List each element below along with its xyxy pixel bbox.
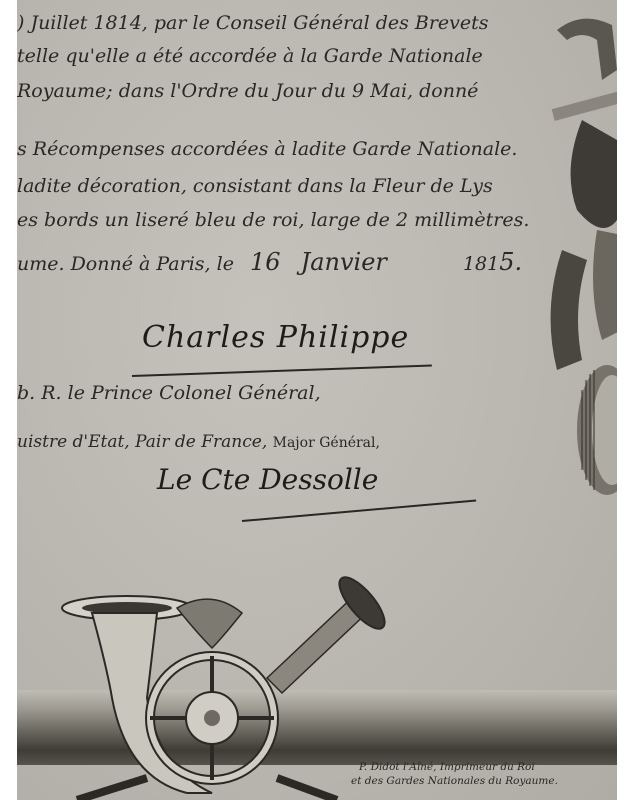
printer-imprint: P. Didot l'Aîné, Imprimeur du Roi et des… [359,760,558,788]
minister-text: uistre d'Etat, Pair de France, [17,432,267,452]
signature-flourish [242,500,476,522]
drum-and-sabre-trophy [542,10,617,530]
certificate-paper: ) Juillet 1814, par le Conseil Général d… [17,0,617,800]
imprint-line-2: et des Gardes Nationales du Royaume. [351,774,558,788]
horn-and-trumpet-trophy [37,568,397,800]
date-year-prefix: 181 [463,253,499,275]
date-line: ume. Donné à Paris, le 16 Janvier 1815. [17,248,522,276]
text-line-4: s Récompenses accordées à ladite Garde N… [17,138,517,160]
signature-dessolle: Le Cte Dessolle [157,463,378,496]
minister-line: uistre d'Etat, Pair de France, Major Gén… [17,432,380,452]
date-prefix: ume. Donné à Paris, le [17,253,234,275]
imprint-line-1: P. Didot l'Aîné, Imprimeur du Roi [359,760,558,774]
signature-underline [132,365,432,377]
sabre-drum-illustration [542,10,617,530]
text-line-6: es bords un liseré bleu de roi, large de… [17,209,529,231]
text-line-1: ) Juillet 1814, par le Conseil Général d… [17,12,489,34]
signature-charles-philippe: Charles Philippe [142,320,409,355]
text-line-5: ladite décoration, consistant dans la Fl… [17,175,493,197]
date-month: Janvier [301,248,387,276]
text-line-3: Royaume; dans l'Ordre du Jour du 9 Mai, … [17,80,478,102]
minister-role: Major Général, [273,435,380,451]
text-line-2: telle qu'elle a été accordée à la Garde … [17,45,483,67]
horn-trumpet-illustration [37,568,397,800]
title-line: b. R. le Prince Colonel Général, [17,382,321,404]
date-day: 16 [250,248,281,276]
date-year-suffix: 5. [499,248,522,276]
